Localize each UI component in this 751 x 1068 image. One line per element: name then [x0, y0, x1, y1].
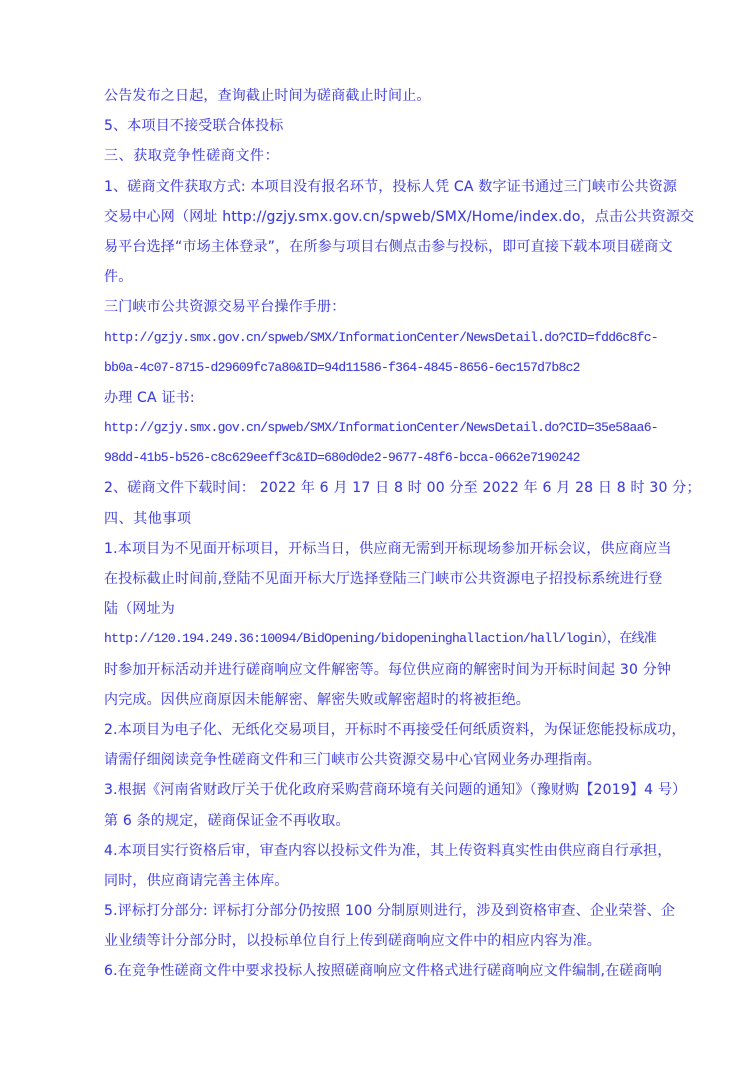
- text-line: 4.本项目实行资格后审，审查内容以投标文件为准，其上传资料真实性由供应商自行承担…: [104, 836, 684, 866]
- text-line: 第 6 条的规定，磋商保证金不再收取。: [104, 806, 684, 836]
- text-line: 2、磋商文件下载时间： 2022 年 6 月 17 日 8 时 00 分至 20…: [104, 473, 684, 503]
- text-line: 交易中心网（网址 http://gzjy.smx.gov.cn/spweb/SM…: [104, 202, 684, 232]
- section-heading: 四、其他事项: [104, 504, 684, 534]
- text-line: 5、本项目不接受联合体投标: [104, 111, 684, 141]
- url-line: 98dd-41b5-b526-c8c629eeff3c&ID=680d0de2-…: [104, 443, 684, 473]
- url-line: bb0a-4c07-8715-d29609fc7a80&ID=94d11586-…: [104, 353, 684, 383]
- text-line: 办理 CA 证书:: [104, 383, 684, 413]
- text-line: 三门峡市公共资源交易平台操作手册：: [104, 292, 684, 322]
- url-line: http://gzjy.smx.gov.cn/spweb/SMX/Informa…: [104, 413, 684, 443]
- document-page: 公告发布之日起，查询截止时间为磋商截止时间止。 5、本项目不接受联合体投标 三、…: [0, 0, 751, 1068]
- text-line: 同时，供应商请完善主体库。: [104, 866, 684, 896]
- text-line: 公告发布之日起，查询截止时间为磋商截止时间止。: [104, 81, 684, 111]
- text-line: 3.根据《河南省财政厅关于优化政府采购营商环境有关问题的通知》（豫财购【2019…: [104, 775, 684, 805]
- text-line: 陆（网址为: [104, 594, 684, 624]
- text-line: 业业绩等计分部分时，以投标单位自行上传到磋商响应文件中的相应内容为准。: [104, 926, 684, 956]
- text-line: 内完成。因供应商原因未能解密、解密失败或解密超时的将被拒绝。: [104, 685, 684, 715]
- text-line: 5.评标打分部分: 评标打分部分仍按照 100 分制原则进行，涉及到资格审查、企…: [104, 896, 684, 926]
- text-line: 1.本项目为不见面开标项目，开标当日，供应商无需到开标现场参加开标会议，供应商应…: [104, 534, 684, 564]
- text-line: 时参加开标活动并进行磋商响应文件解密等。每位供应商的解密时间为开标时间起 30 …: [104, 655, 684, 685]
- text-line: 易平台选择“市场主体登录”，在所参与项目右侧点击参与投标，即可直接下载本项目磋商…: [104, 232, 684, 262]
- text-line: 请需仔细阅读竞争性磋商文件和三门峡市公共资源交易中心官网业务办理指南。: [104, 745, 684, 775]
- text-line: 件。: [104, 262, 684, 292]
- text-line: 6.在竞争性磋商文件中要求投标人按照磋商响应文件格式进行磋商响应文件编制,在磋商…: [104, 956, 684, 986]
- url-line: http://120.194.249.36:10094/BidOpening/b…: [104, 624, 684, 654]
- text-line: 2.本项目为电子化、无纸化交易项目，开标时不再接受任何纸质资料，为保证您能投标成…: [104, 715, 684, 745]
- url-line: http://gzjy.smx.gov.cn/spweb/SMX/Informa…: [104, 323, 684, 353]
- text-line: 1、磋商文件获取方式: 本项目没有报名环节，投标人凭 CA 数字证书通过三门峡市…: [104, 172, 684, 202]
- section-heading: 三、获取竞争性磋商文件：: [104, 141, 684, 171]
- document-body: 公告发布之日起，查询截止时间为磋商截止时间止。 5、本项目不接受联合体投标 三、…: [104, 81, 684, 987]
- text-line: 在投标截止时间前,登陆不见面开标大厅选择登陆三门峡市公共资源电子招投标系统进行登: [104, 564, 684, 594]
